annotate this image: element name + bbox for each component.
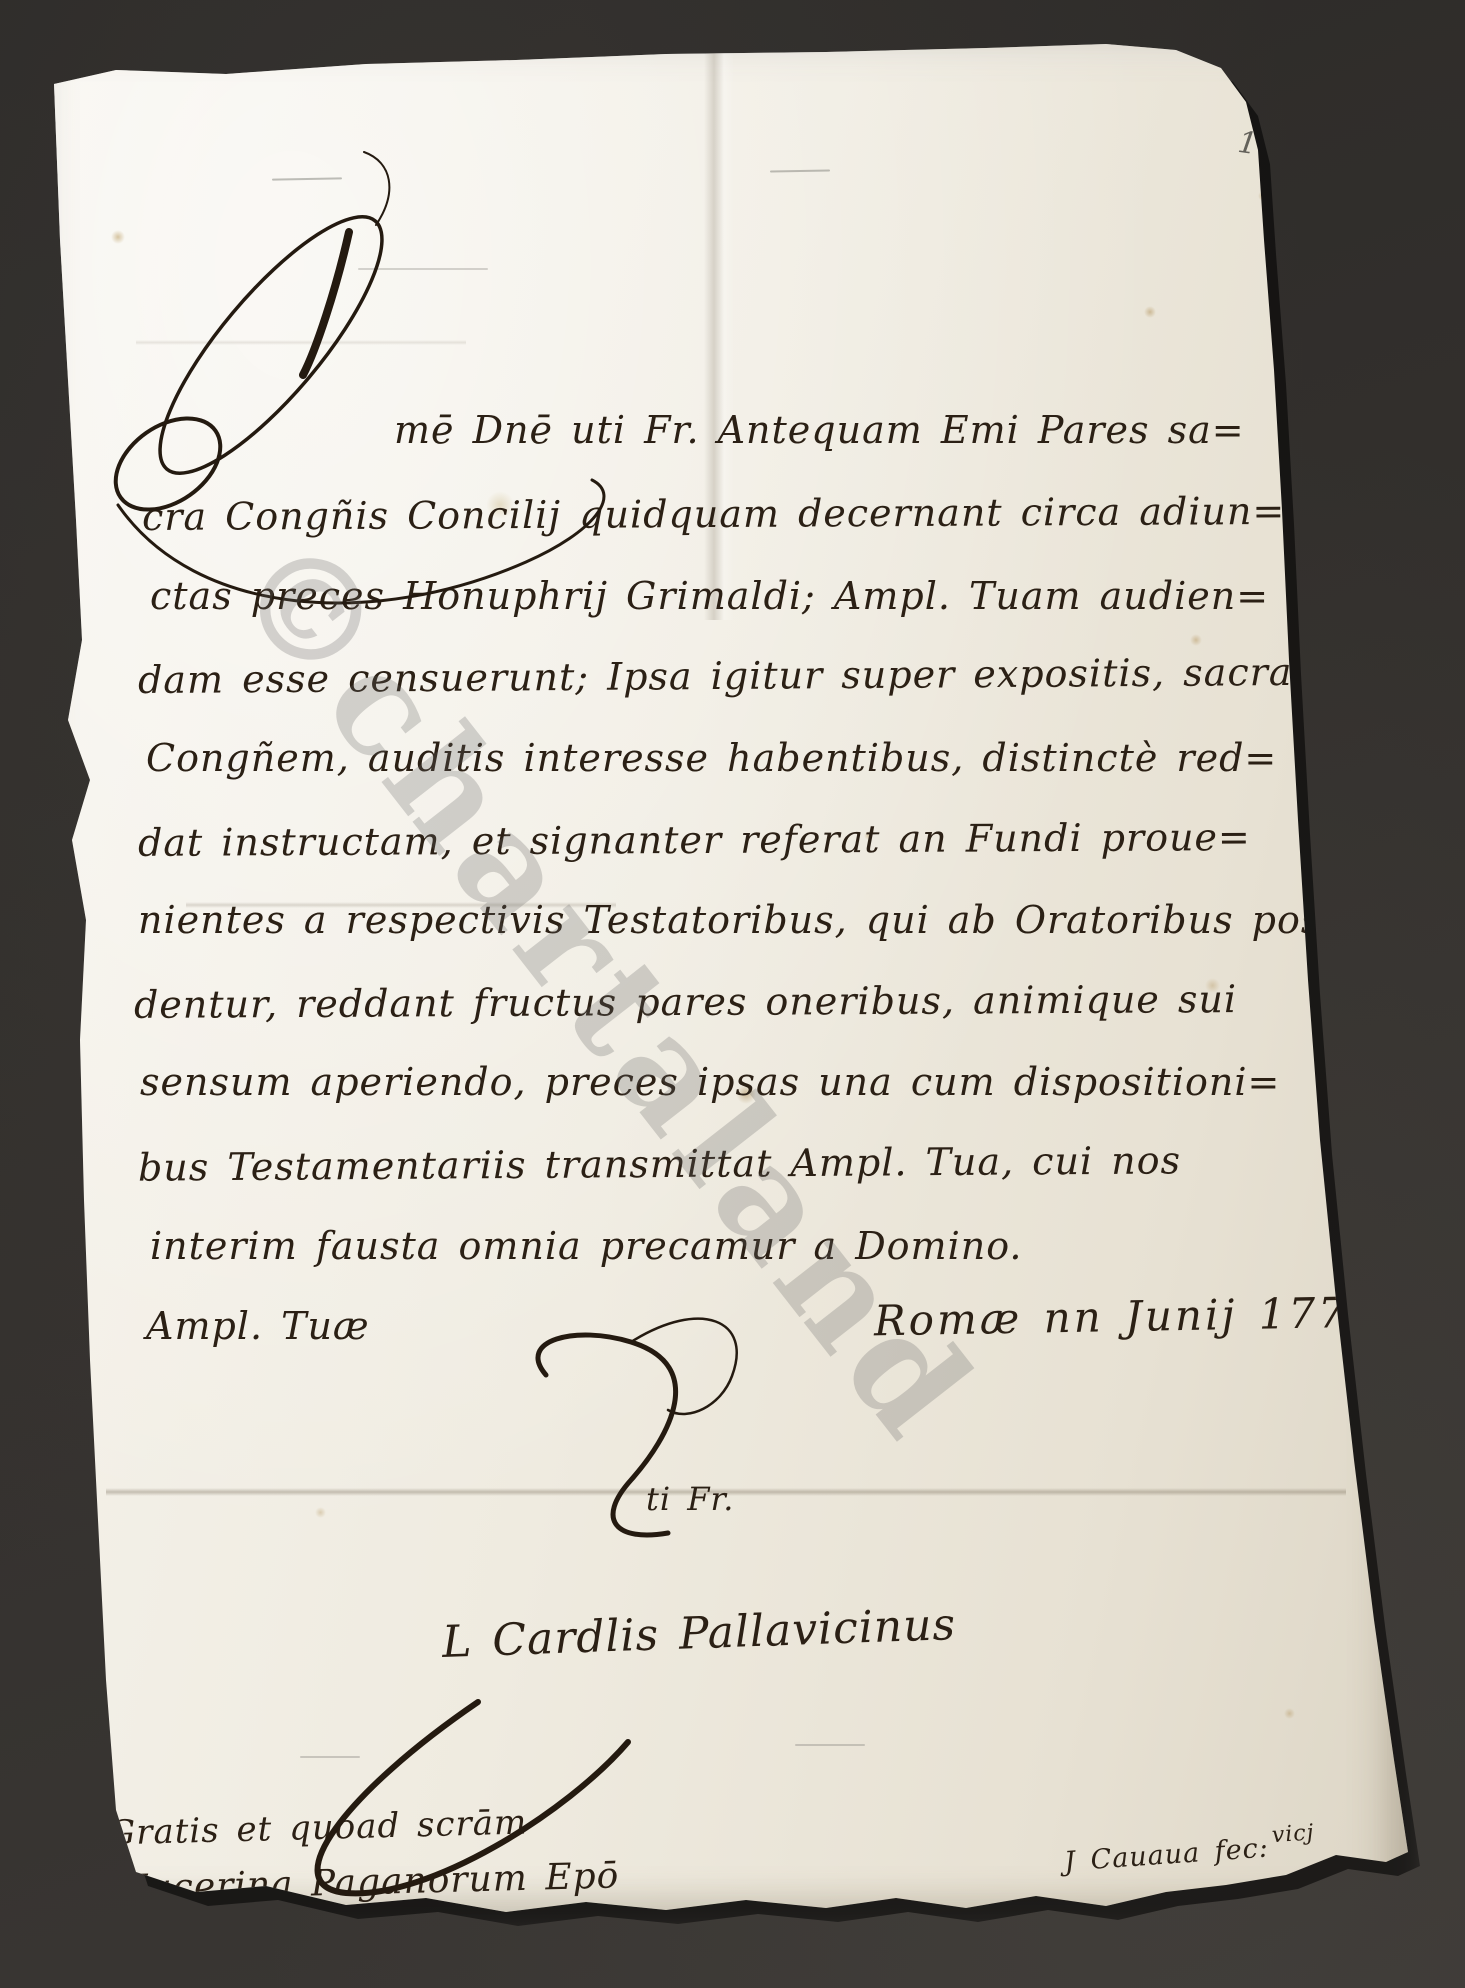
closing-amplitudo: Ampl. Tuæ — [146, 1304, 370, 1348]
pencil-dash — [358, 268, 488, 270]
valediction: ti Fr. — [646, 1480, 734, 1518]
letter-page: 1 mē Dnē uti Fr. Antequam Emi Pares sa= … — [46, 40, 1414, 1920]
photo-background: 1 mē Dnē uti Fr. Antequam Emi Pares sa= … — [0, 0, 1465, 1988]
manuscript-line: mē Dnē uti Fr. Antequam Emi Pares sa= — [394, 408, 1245, 452]
stain-mark — [1339, 62, 1352, 75]
stain-mark — [1190, 634, 1202, 646]
pencil-dash — [795, 1744, 865, 1746]
pencil-dash — [300, 1756, 360, 1758]
minor-crease — [136, 340, 466, 345]
manuscript-line: nientes a respectivis Testatoribus, qui … — [138, 898, 1388, 942]
stain-mark — [315, 1507, 326, 1518]
stain-mark — [111, 230, 125, 244]
stain-mark — [1144, 306, 1156, 318]
countersign-superscript: vicj — [1271, 1820, 1315, 1848]
manuscript-line: dat instructam, et signanter referat an … — [138, 815, 1251, 865]
stain-mark — [1284, 1708, 1295, 1719]
